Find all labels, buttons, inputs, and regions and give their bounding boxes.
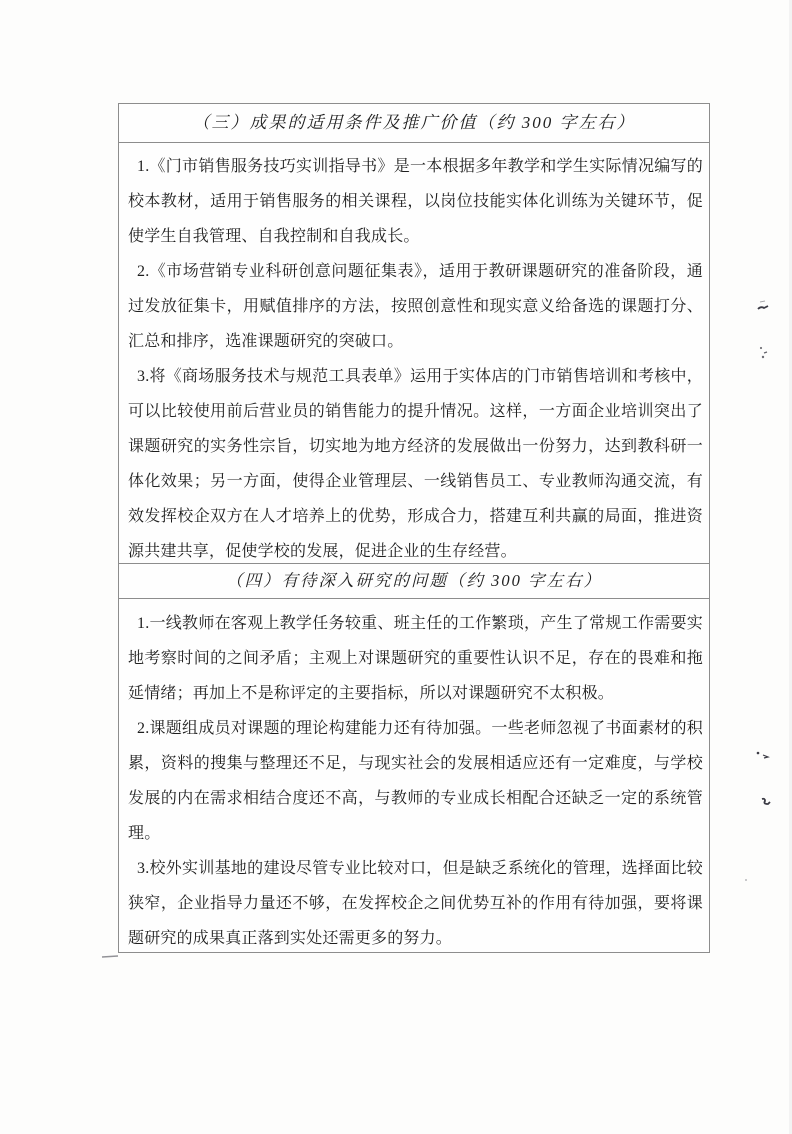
ink-smudge — [759, 796, 773, 810]
ink-smudge — [755, 749, 771, 765]
section-3-paragraph-2: 2.《市场营销专业科研创意问题征集表》，适用于教研课题研究的准备阶段，通过发放征… — [119, 254, 709, 359]
section-4-paragraph-3: 3.校外实训基地的建设尽管专业比较对口，但是缺乏系统化的管理，选择面比较狭窄，企… — [119, 851, 709, 952]
section-4-header: （四）有待深入研究的问题（约 300 字左右） — [119, 564, 709, 599]
ink-smudge — [757, 345, 771, 361]
section-3-header: （三）成果的适用条件及推广价值（约 300 字左右） — [119, 104, 709, 143]
ink-smudge — [741, 875, 751, 885]
section-4-content: 1.一线教师在客观上教学任务较重、班主任的工作繁琐，产生了常规工作需要实地考察时… — [119, 599, 709, 952]
section-3-paragraph-1: 1.《门市销售服务技巧实训指导书》是一本根据多年教学和学生实际情况编写的校本教材… — [119, 149, 709, 254]
section-3-paragraph-3: 3.将《商场服务技术与规范工具表单》运用于实体店的门市销售培训和考核中，可以比较… — [119, 359, 709, 564]
ink-smudge — [101, 953, 121, 963]
ink-smudge — [756, 299, 772, 315]
section-4-paragraph-2: 2.课题组成员对课题的理论构建能力还有待加强。一些老师忽视了书面素材的积累，资料… — [119, 711, 709, 851]
section-3-content: 1.《门市销售服务技巧实训指导书》是一本根据多年教学和学生实际情况编写的校本教材… — [119, 143, 709, 564]
scanned-document-page: （三）成果的适用条件及推广价值（约 300 字左右） 1.《门市销售服务技巧实训… — [0, 0, 792, 1134]
form-table: （三）成果的适用条件及推广价值（约 300 字左右） 1.《门市销售服务技巧实训… — [118, 103, 710, 953]
section-4-paragraph-1: 1.一线教师在客观上教学任务较重、班主任的工作繁琐，产生了常规工作需要实地考察时… — [119, 606, 709, 711]
